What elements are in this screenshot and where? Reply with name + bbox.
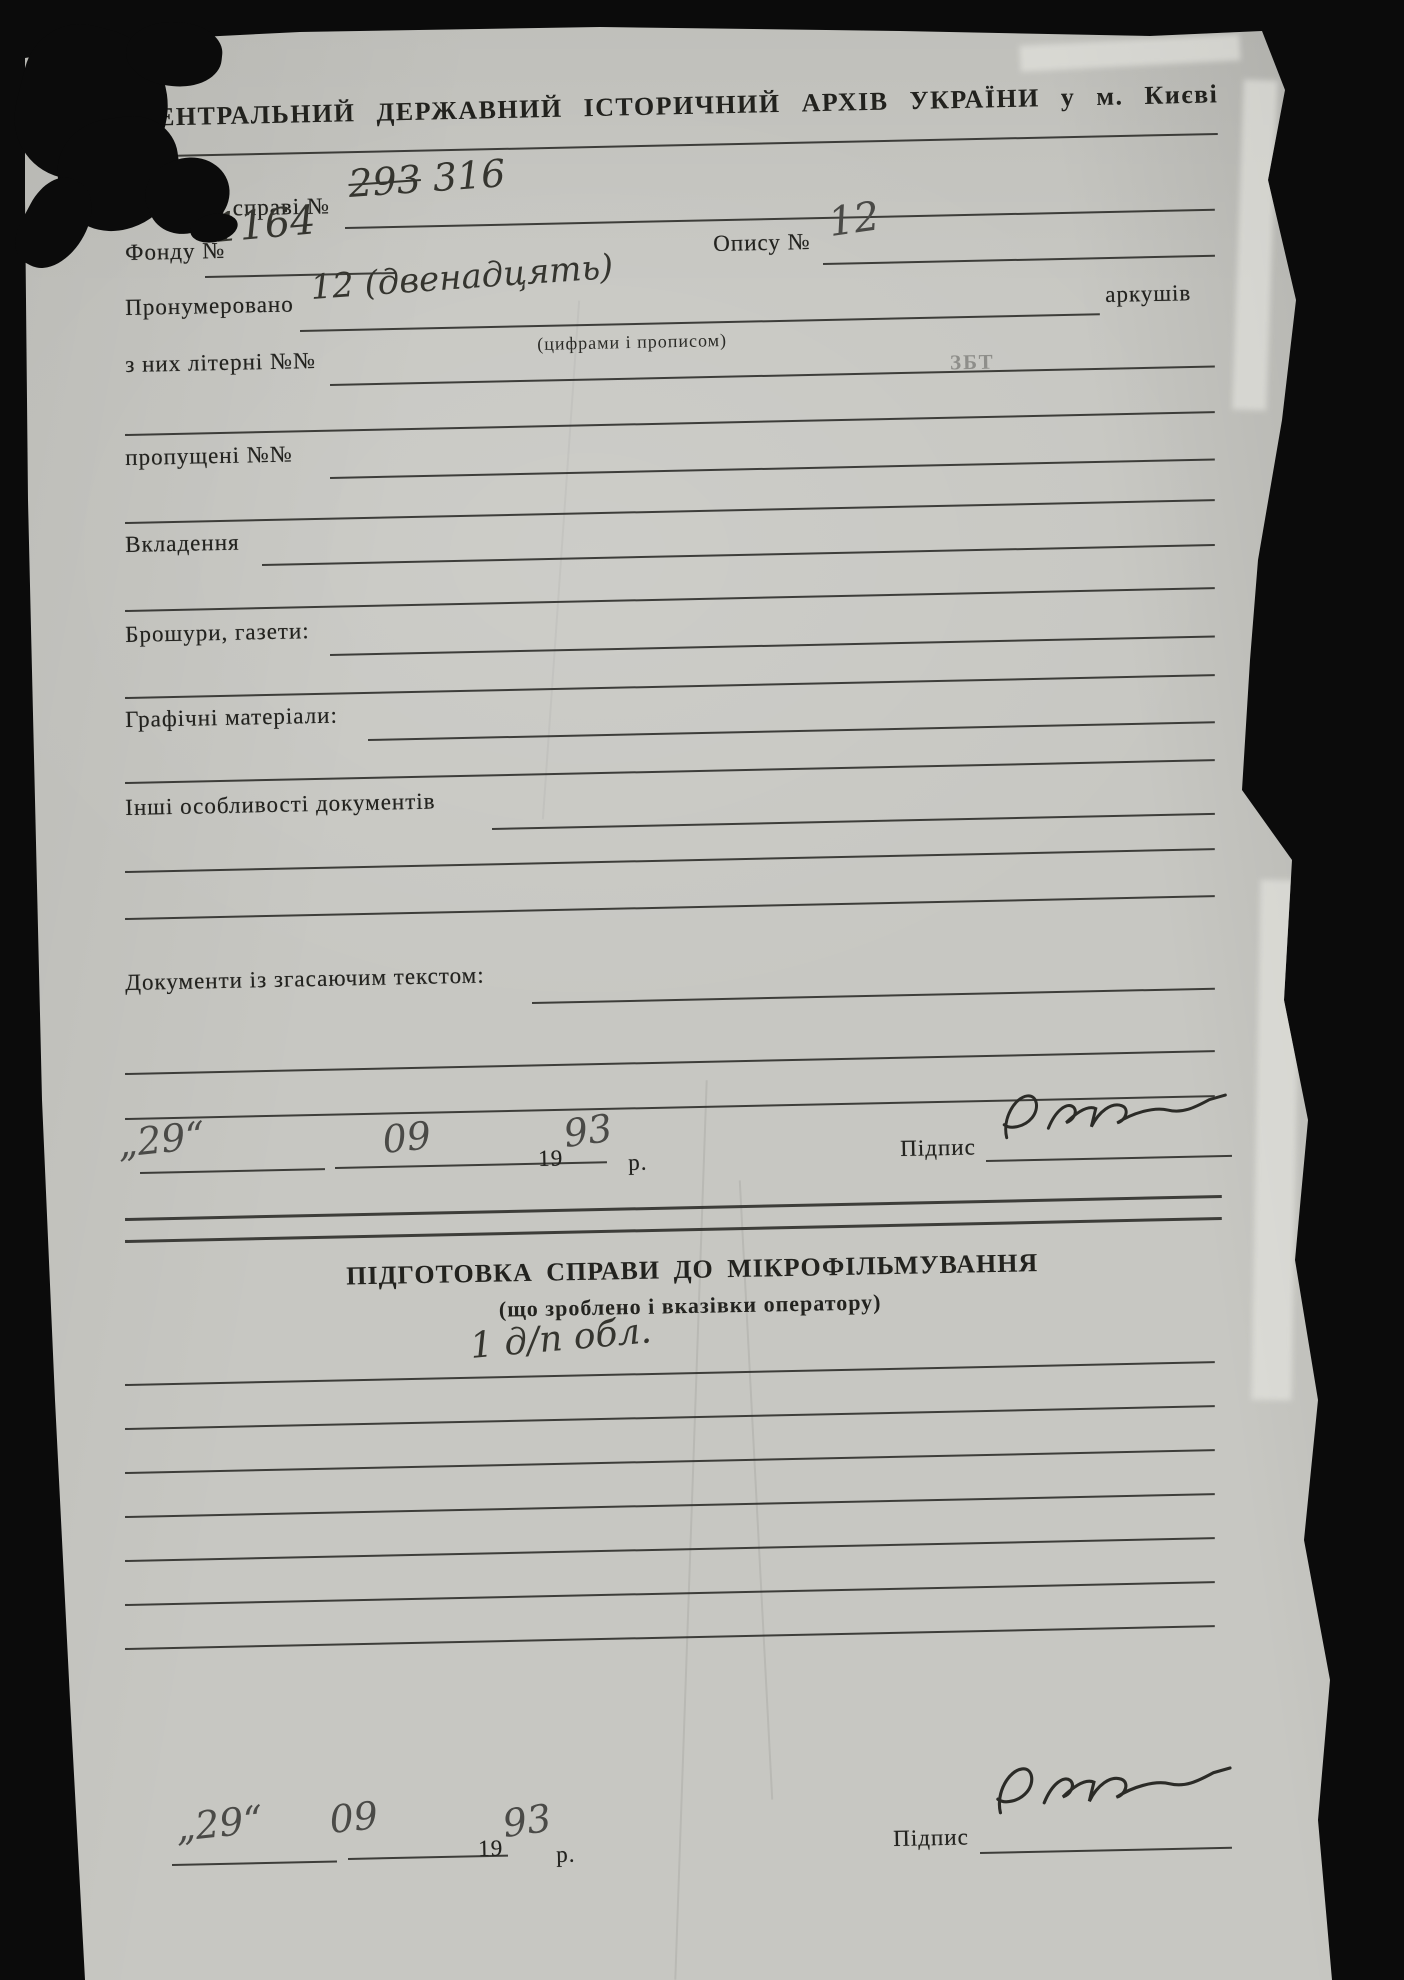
blank-line (125, 1405, 1215, 1430)
ruled-line (345, 209, 1215, 229)
year-suffix: р. (556, 1842, 576, 1868)
ruled-line (330, 458, 1215, 479)
year-prefix: 19 (538, 1145, 564, 1172)
fading-text-label: Документи із згасаючим текстом: (125, 962, 485, 996)
ruled-line (492, 813, 1215, 830)
blank-line (125, 1493, 1215, 1518)
ruled-line (300, 313, 1100, 332)
year-prefix: 19 (478, 1835, 504, 1862)
archive-title: ЦЕНТРАЛЬНИЙ ДЕРЖАВНИЙ ІСТОРИЧНИЙ АРХІВ У… (135, 80, 1195, 133)
blank-line (125, 895, 1215, 920)
ruled-line (335, 1161, 607, 1169)
ruled-line (262, 544, 1215, 566)
brochures-label: Брошури, газети: (125, 618, 310, 648)
torn-edge-highlight (1019, 34, 1240, 71)
lettered-label: з них літерні №№ (125, 348, 316, 378)
blank-line (125, 1537, 1215, 1562)
paper-sheet: ЦЕНТРАЛЬНИЙ ДЕРЖАВНИЙ ІСТОРИЧНИЙ АРХІВ У… (0, 0, 1404, 1980)
missing-label: пропущені №№ (125, 441, 293, 470)
torn-edge-highlight (1251, 880, 1300, 1401)
separator-line (125, 1217, 1222, 1243)
ruled-line (172, 1861, 337, 1866)
numbered-label: Пронумеровано (125, 291, 294, 321)
ruled-line (980, 1847, 1232, 1854)
scanned-document: { "header": { "title": "ЦЕНТРАЛЬНИЙ ДЕРЖ… (0, 0, 1404, 1980)
other-features-label: Інші особливості документів (125, 789, 436, 821)
signature-label: Підпис (893, 1824, 969, 1852)
case-number-current: 316 (431, 151, 506, 200)
ruled-line (368, 721, 1215, 741)
blank-line (125, 1581, 1215, 1606)
blank-line (125, 848, 1215, 873)
date-day: „29“ (115, 1113, 207, 1166)
blank-line (125, 1449, 1215, 1474)
ruled-line (330, 635, 1215, 656)
blank-line (125, 674, 1215, 699)
blank-line (125, 411, 1215, 436)
torn-edge-highlight (1232, 80, 1277, 411)
date-month: 09 (380, 1113, 433, 1162)
ruled-line (330, 365, 1215, 386)
microfilm-section-subtitle: (що зроблено і вказівки оператору) (430, 1288, 950, 1324)
blank-line (125, 1050, 1215, 1075)
signature-scribble (991, 1076, 1233, 1156)
ruled-line (140, 1168, 325, 1174)
date-year: 93 (500, 1796, 554, 1846)
sheets-label: аркушів (1105, 280, 1192, 308)
blank-line (125, 499, 1215, 524)
opys-value: 12 (826, 193, 883, 246)
enclosures-label: Вкладення (125, 530, 240, 558)
paper-crease (674, 1080, 707, 1980)
microfilm-section-title: ПІДГОТОВКА СПРАВИ ДО МІКРОФІЛЬМУВАННЯ (318, 1248, 1066, 1292)
date-day: „29“ (173, 1797, 265, 1850)
ruled-line (823, 255, 1215, 265)
ruled-line (532, 988, 1215, 1004)
ruled-line (125, 1361, 1215, 1386)
year-suffix: р. (628, 1150, 648, 1176)
blank-line (125, 759, 1215, 784)
blank-line (125, 1625, 1215, 1650)
stamp-remnant: ЗБТ (950, 350, 995, 376)
case-number-value: 293 316 (347, 151, 507, 206)
blank-line (125, 587, 1215, 612)
numbered-caption: (цифрами і прописом) (537, 330, 727, 355)
opys-label: Опису № (713, 229, 811, 257)
separator-line (125, 1195, 1222, 1221)
date-month: 09 (327, 1793, 380, 1842)
numbered-value: 12 (двенадцять) (309, 247, 614, 308)
signature-scribble (984, 1744, 1239, 1837)
date-year: 93 (561, 1106, 615, 1156)
header-underline (118, 133, 1218, 158)
graphic-materials-label: Графічні матеріали: (125, 703, 338, 733)
ruled-line (986, 1155, 1232, 1162)
case-number-struck: 293 (347, 157, 422, 206)
signature-label: Підпис (900, 1134, 976, 1162)
